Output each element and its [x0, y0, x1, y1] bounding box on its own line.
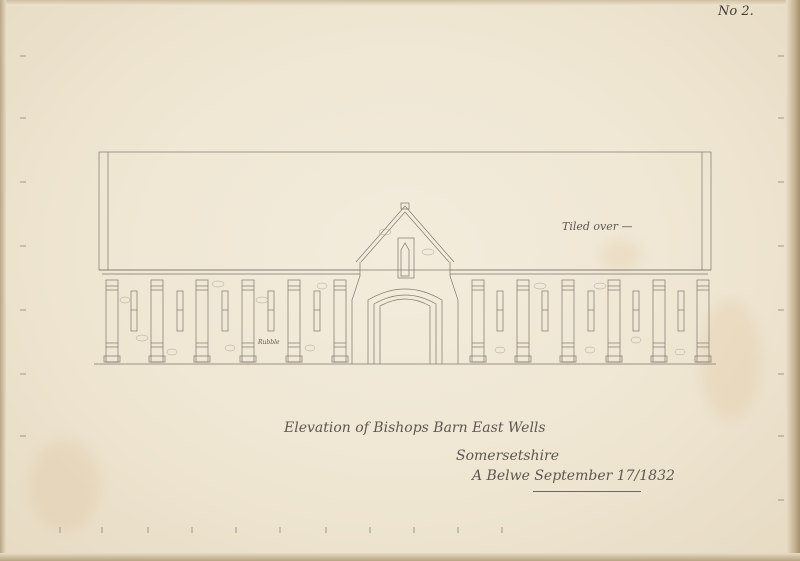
plate-number: No 2. — [718, 4, 754, 19]
caption-underline — [533, 491, 641, 492]
right-slit-windows — [497, 291, 684, 331]
barn-roof — [99, 152, 711, 270]
wall-annotation: Rubble — [258, 339, 280, 346]
central-porch — [352, 203, 458, 364]
caption-author-date: A Belwe September 17/1832 — [472, 468, 675, 484]
bottom-margin-ticks — [60, 527, 502, 533]
caption-county: Somersetshire — [456, 448, 559, 464]
paper-sheet: No 2. Tiled over — Rubble Elevation of B… — [0, 0, 800, 561]
barn-elevation-drawing — [0, 0, 800, 561]
right-buttresses — [470, 280, 711, 362]
caption-title: Elevation of Bishops Barn East Wells — [284, 420, 546, 436]
right-margin-ticks — [778, 56, 784, 500]
left-margin-ticks — [20, 56, 26, 436]
left-slit-windows — [131, 291, 320, 331]
roof-annotation: Tiled over — — [562, 220, 633, 233]
left-buttresses — [104, 280, 348, 362]
